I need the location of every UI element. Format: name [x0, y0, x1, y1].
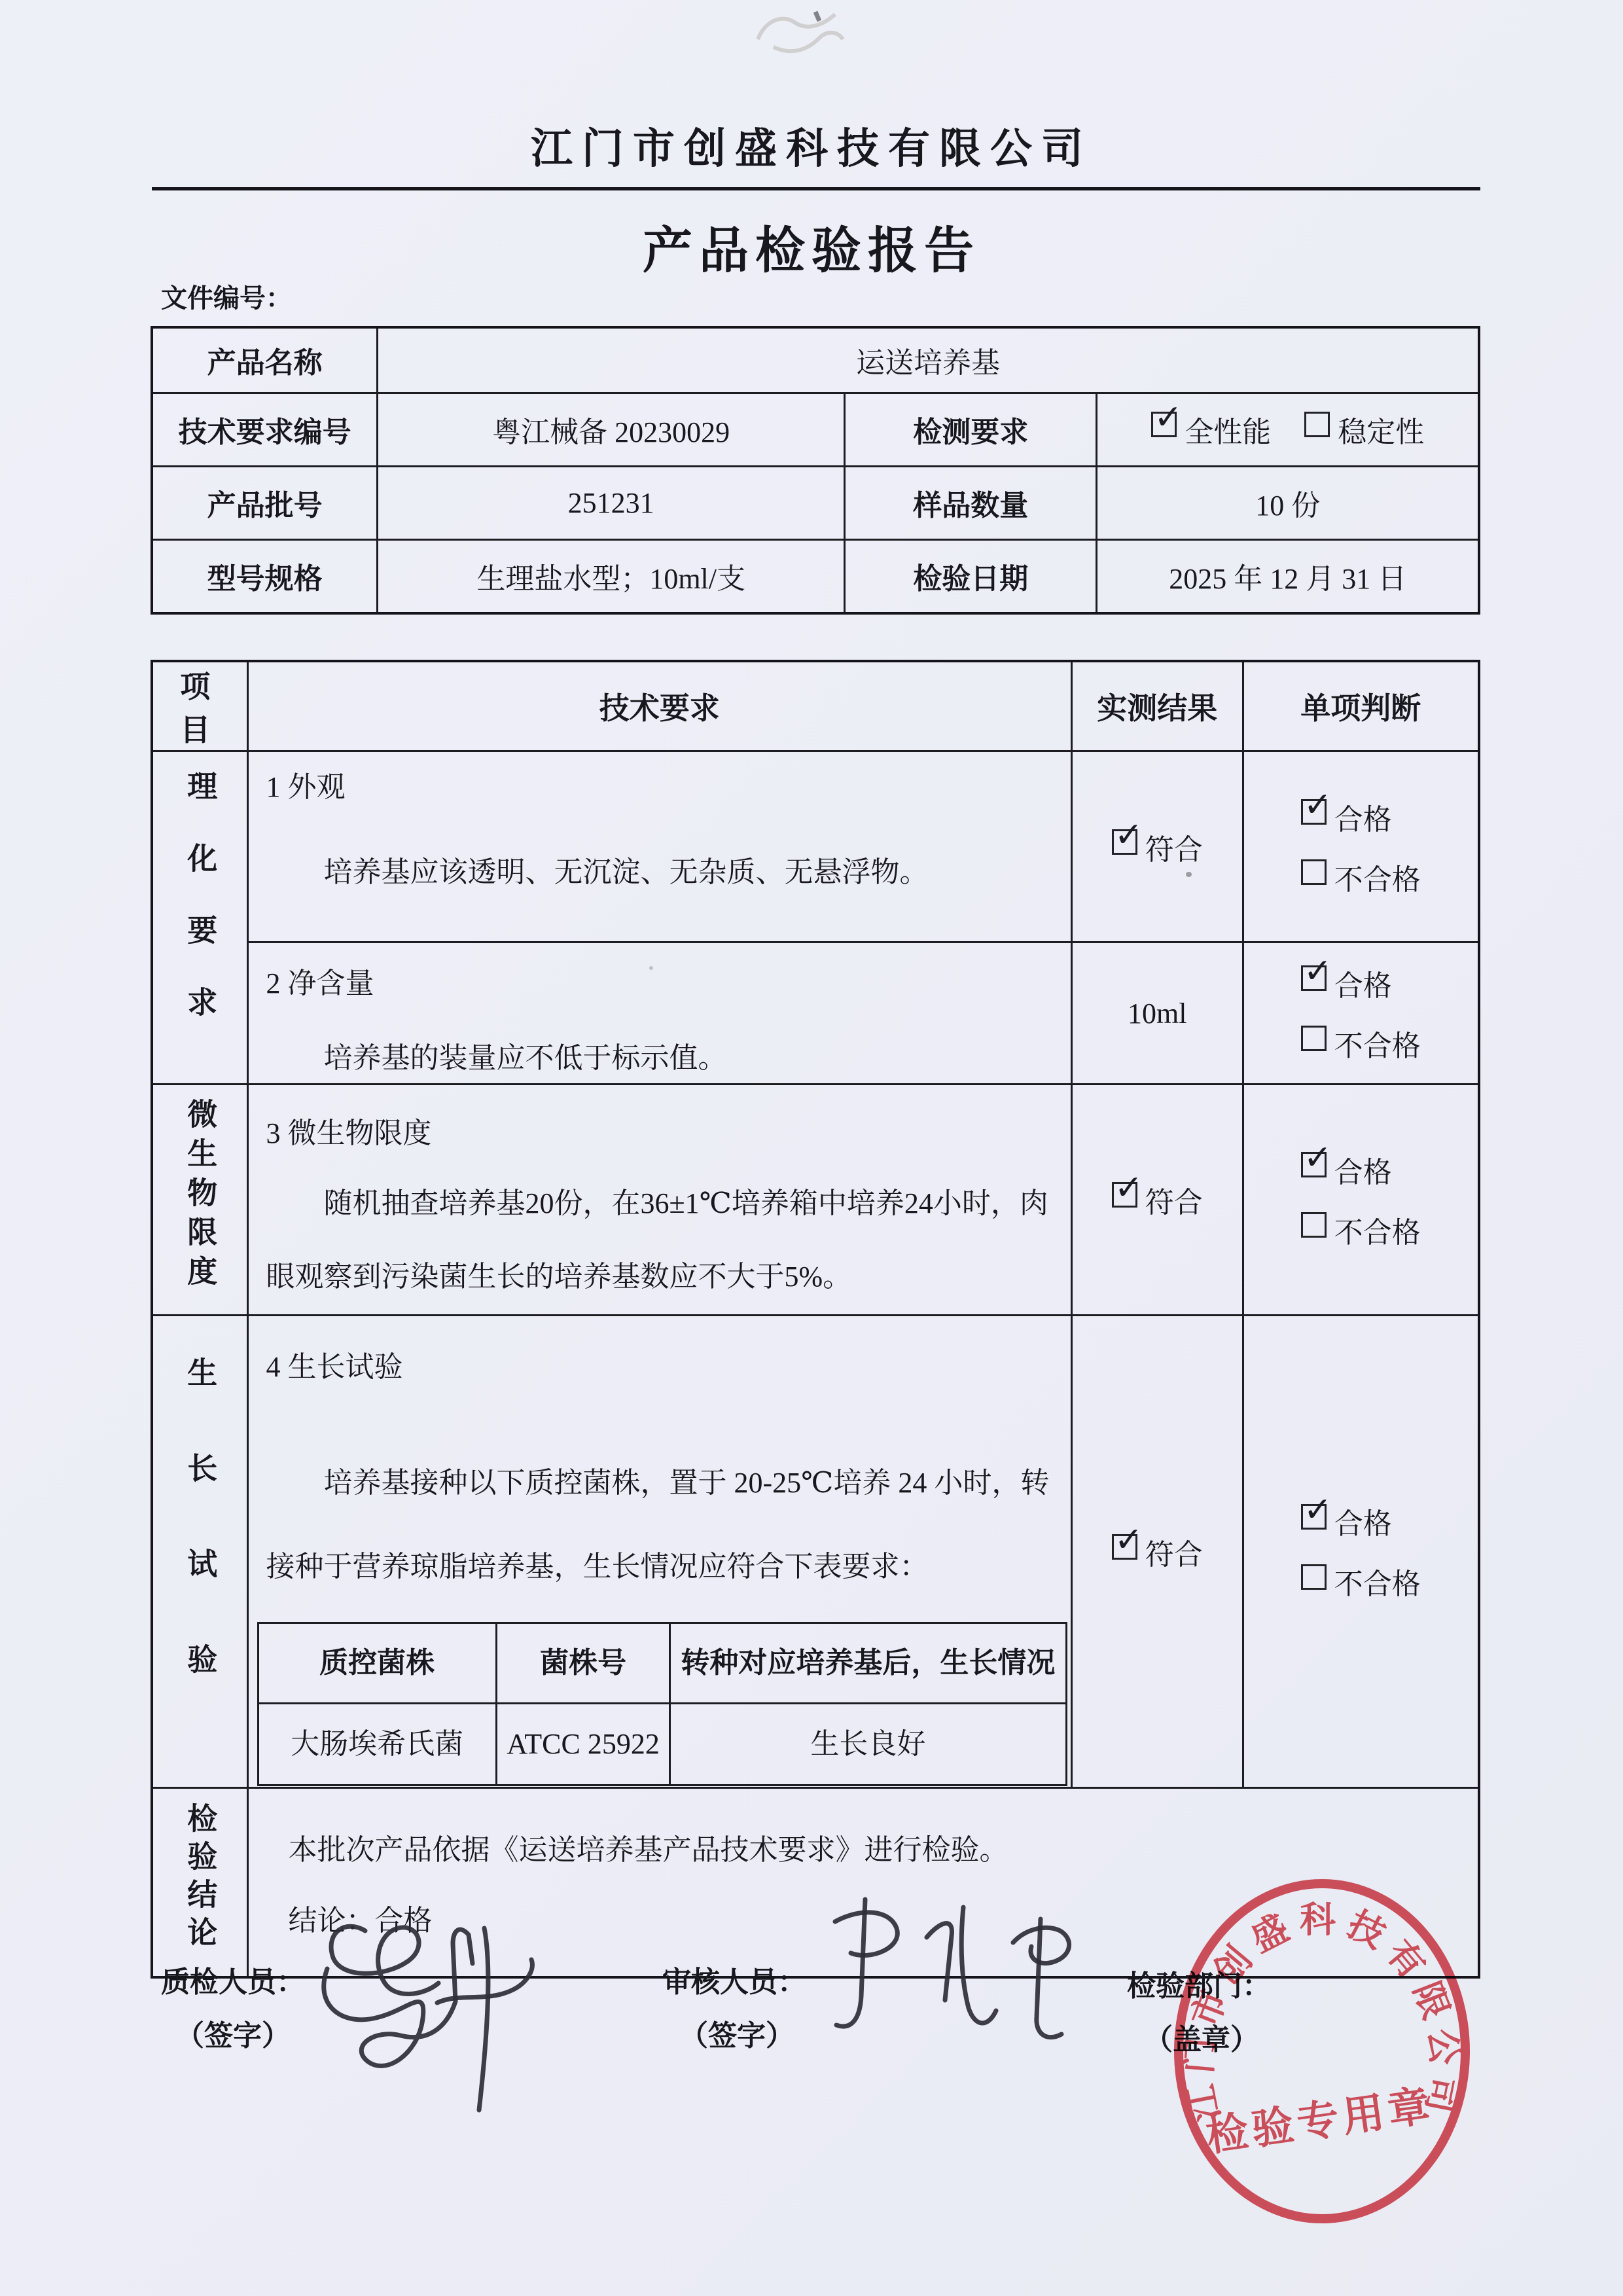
result-label: 符合: [1145, 1187, 1203, 1219]
checkbox-checked-icon: [1112, 1534, 1137, 1560]
header-requirement: 技术要求: [247, 661, 1071, 751]
batch-value: 251231: [378, 466, 845, 539]
report-title: 产品检验报告: [0, 211, 1623, 282]
group-conclusion-label: 检验结论: [185, 1803, 215, 1954]
group-conclusion: 检验结论: [152, 1787, 247, 1977]
req-heading: 4 生长试验: [266, 1343, 1070, 1385]
checkbox-unchecked-icon: [1301, 1026, 1327, 1051]
req-micro-limit: 3 微生物限度 随机抽查培养基20份，在36±1℃培养箱中培养24小时，肉眼观察…: [247, 1085, 1071, 1316]
doc-no-label: 文件编号：: [161, 278, 292, 315]
judge-pass-label: 合格: [1334, 804, 1392, 836]
judge-pass: 合格: [1301, 796, 1421, 838]
checkbox-checked-icon: [1112, 1182, 1137, 1208]
judge-fail: 不合格: [1301, 1560, 1421, 1602]
req-body: 培养基的装量应不低于标示值。: [266, 1034, 1050, 1076]
seal-center-text: 检验专用章: [1204, 2082, 1436, 2160]
inspection-results-table: 项 目 技术要求 实测结果 单项判断 理化要求 1 外观 培养基应该透明、无沉淀…: [151, 660, 1480, 1979]
judge-pass-label: 合格: [1334, 970, 1392, 1002]
growth-strain-no: ATCC 25922: [496, 1703, 670, 1785]
result-micro-limit: 符合: [1071, 1085, 1243, 1316]
judgement-micro-limit: 合格 不合格: [1243, 1085, 1479, 1316]
req-body: 随机抽查培养基20份，在36±1℃培养箱中培养24小时，肉眼观察到污染菌生长的培…: [266, 1167, 1054, 1314]
judge-fail-label: 不合格: [1334, 1568, 1421, 1600]
sample-qty-label: 样品数量: [845, 466, 1097, 539]
product-name-value: 运送培养基: [378, 327, 1479, 393]
req-heading: 3 微生物限度: [266, 1109, 1070, 1151]
date-value: 2025 年 12 月 31 日: [1097, 539, 1479, 613]
checkbox-unchecked-icon: [1301, 1564, 1327, 1590]
judge-fail: 不合格: [1301, 1022, 1421, 1064]
reviewer-signature: [797, 1888, 1105, 2058]
group-physchem: 理化要求: [152, 751, 247, 1085]
sample-qty-value: 10 份: [1097, 466, 1479, 539]
qc-sign-hint: （签字）: [175, 2012, 291, 2054]
reviewer-sign-hint: （签字）: [679, 2012, 794, 2054]
judge-fail-label: 不合格: [1334, 1030, 1421, 1062]
date-label: 检验日期: [845, 539, 1097, 613]
req-appearance: 1 外观 培养基应该透明、无沉淀、无杂质、无悬浮物。: [247, 751, 1071, 942]
judge-pass: 合格: [1301, 1149, 1421, 1191]
result-growth-test: 符合: [1071, 1316, 1243, 1787]
judge-pass-label: 合格: [1334, 1157, 1392, 1189]
option-full-performance: 全性能: [1151, 410, 1271, 442]
group-growth-label: 生长试验: [185, 1357, 215, 1739]
checkbox-unchecked-icon: [1301, 859, 1327, 885]
checkbox-checked-icon: [1151, 412, 1177, 437]
tech-req-no-label: 技术要求编号: [152, 393, 378, 466]
growth-strain-name: 大肠埃希氏菌: [258, 1703, 496, 1785]
judge-fail: 不合格: [1301, 856, 1421, 898]
scanned-report-page: 江门市创盛科技有限公司 产品检验报告 文件编号： 产品名称 运送培养基 技术要求…: [0, 0, 1623, 2296]
header-judgement: 单项判断: [1243, 661, 1479, 751]
tech-req-no-value: 粤江械备 20230029: [378, 393, 845, 466]
reviewer-label: 审核人员：: [662, 1958, 806, 2000]
result-net-content: 10ml: [1071, 942, 1243, 1085]
test-req-label: 检测要求: [845, 393, 1097, 466]
checkbox-checked-icon: [1301, 799, 1327, 825]
checkbox-checked-icon: [1301, 1504, 1327, 1530]
checkbox-checked-icon: [1301, 1152, 1327, 1177]
judgement-growth-test: 合格 不合格: [1243, 1316, 1479, 1787]
product-info-table: 产品名称 运送培养基 技术要求编号 粤江械备 20230029 检测要求 全性能…: [151, 326, 1480, 615]
group-micro: 微生物限度: [152, 1085, 247, 1316]
judgement-net-content: 合格 不合格: [1243, 942, 1479, 1085]
judge-fail-label: 不合格: [1334, 1217, 1421, 1249]
req-heading: 1 外观: [266, 763, 1070, 805]
judgement-appearance: 合格 不合格: [1243, 751, 1479, 942]
checkbox-checked-icon: [1301, 965, 1327, 991]
growth-header-condition: 转种对应培养基后，生长情况: [670, 1623, 1066, 1703]
result-appearance: 符合: [1071, 751, 1243, 942]
judge-fail-label: 不合格: [1334, 864, 1421, 896]
option-stability: 稳定性: [1304, 410, 1424, 442]
growth-header-strain: 质控菌株: [258, 1623, 496, 1703]
option-label: 全性能: [1185, 416, 1271, 448]
conclusion-basis: 本批次产品依据《运送培养基产品技术要求》进行检验。: [289, 1826, 1477, 1868]
option-label: 稳定性: [1338, 416, 1424, 448]
product-name-label: 产品名称: [152, 327, 378, 393]
judge-pass: 合格: [1301, 1500, 1421, 1542]
company-seal-stamp: 江门市创盛科技有限公司 检验专用章: [1166, 1871, 1478, 2232]
req-body: 培养基应该透明、无沉淀、无杂质、无悬浮物。: [266, 848, 1050, 890]
checkbox-unchecked-icon: [1304, 412, 1330, 437]
result-label: 符合: [1145, 1538, 1203, 1570]
group-micro-label: 微生物限度: [185, 1098, 215, 1295]
req-growth-test: 4 生长试验 培养基接种以下质控菌株，置于 20-25℃培养 24 小时，转接种…: [247, 1316, 1071, 1787]
judge-pass-label: 合格: [1334, 1508, 1392, 1540]
req-net-content: 2 净含量 培养基的装量应不低于标示值。: [247, 942, 1071, 1085]
judge-fail: 不合格: [1301, 1209, 1421, 1251]
req-heading: 2 净含量: [266, 960, 1070, 1001]
group-growth: 生长试验: [152, 1316, 247, 1787]
result-label: 符合: [1145, 834, 1203, 866]
header-result: 实测结果: [1071, 661, 1243, 751]
model-value: 生理盐水型；10ml/支: [378, 539, 845, 613]
title-underline: [152, 187, 1480, 190]
req-body: 培养基接种以下质控菌株，置于 20-25℃培养 24 小时，转接种于营养琼脂培养…: [266, 1441, 1054, 1608]
checkbox-unchecked-icon: [1301, 1212, 1327, 1238]
checkbox-checked-icon: [1112, 829, 1137, 855]
header-item: 项 目: [152, 661, 247, 751]
pencil-smudge: [740, 5, 883, 64]
qc-signature: [288, 1903, 602, 2126]
growth-condition: 生长良好: [670, 1703, 1066, 1785]
judge-pass: 合格: [1301, 962, 1421, 1004]
growth-strain-table: 质控菌株 菌株号 转种对应培养基后，生长情况 大肠埃希氏菌 ATCC 25922…: [257, 1622, 1067, 1786]
group-physchem-label: 理化要求: [185, 770, 215, 1058]
model-label: 型号规格: [152, 539, 378, 613]
company-title: 江门市创盛科技有限公司: [0, 115, 1623, 175]
batch-label: 产品批号: [152, 466, 378, 539]
growth-header-strain-no: 菌株号: [496, 1623, 670, 1703]
test-req-options: 全性能 稳定性: [1097, 393, 1479, 466]
qc-person-label: 质检人员：: [161, 1958, 305, 2000]
